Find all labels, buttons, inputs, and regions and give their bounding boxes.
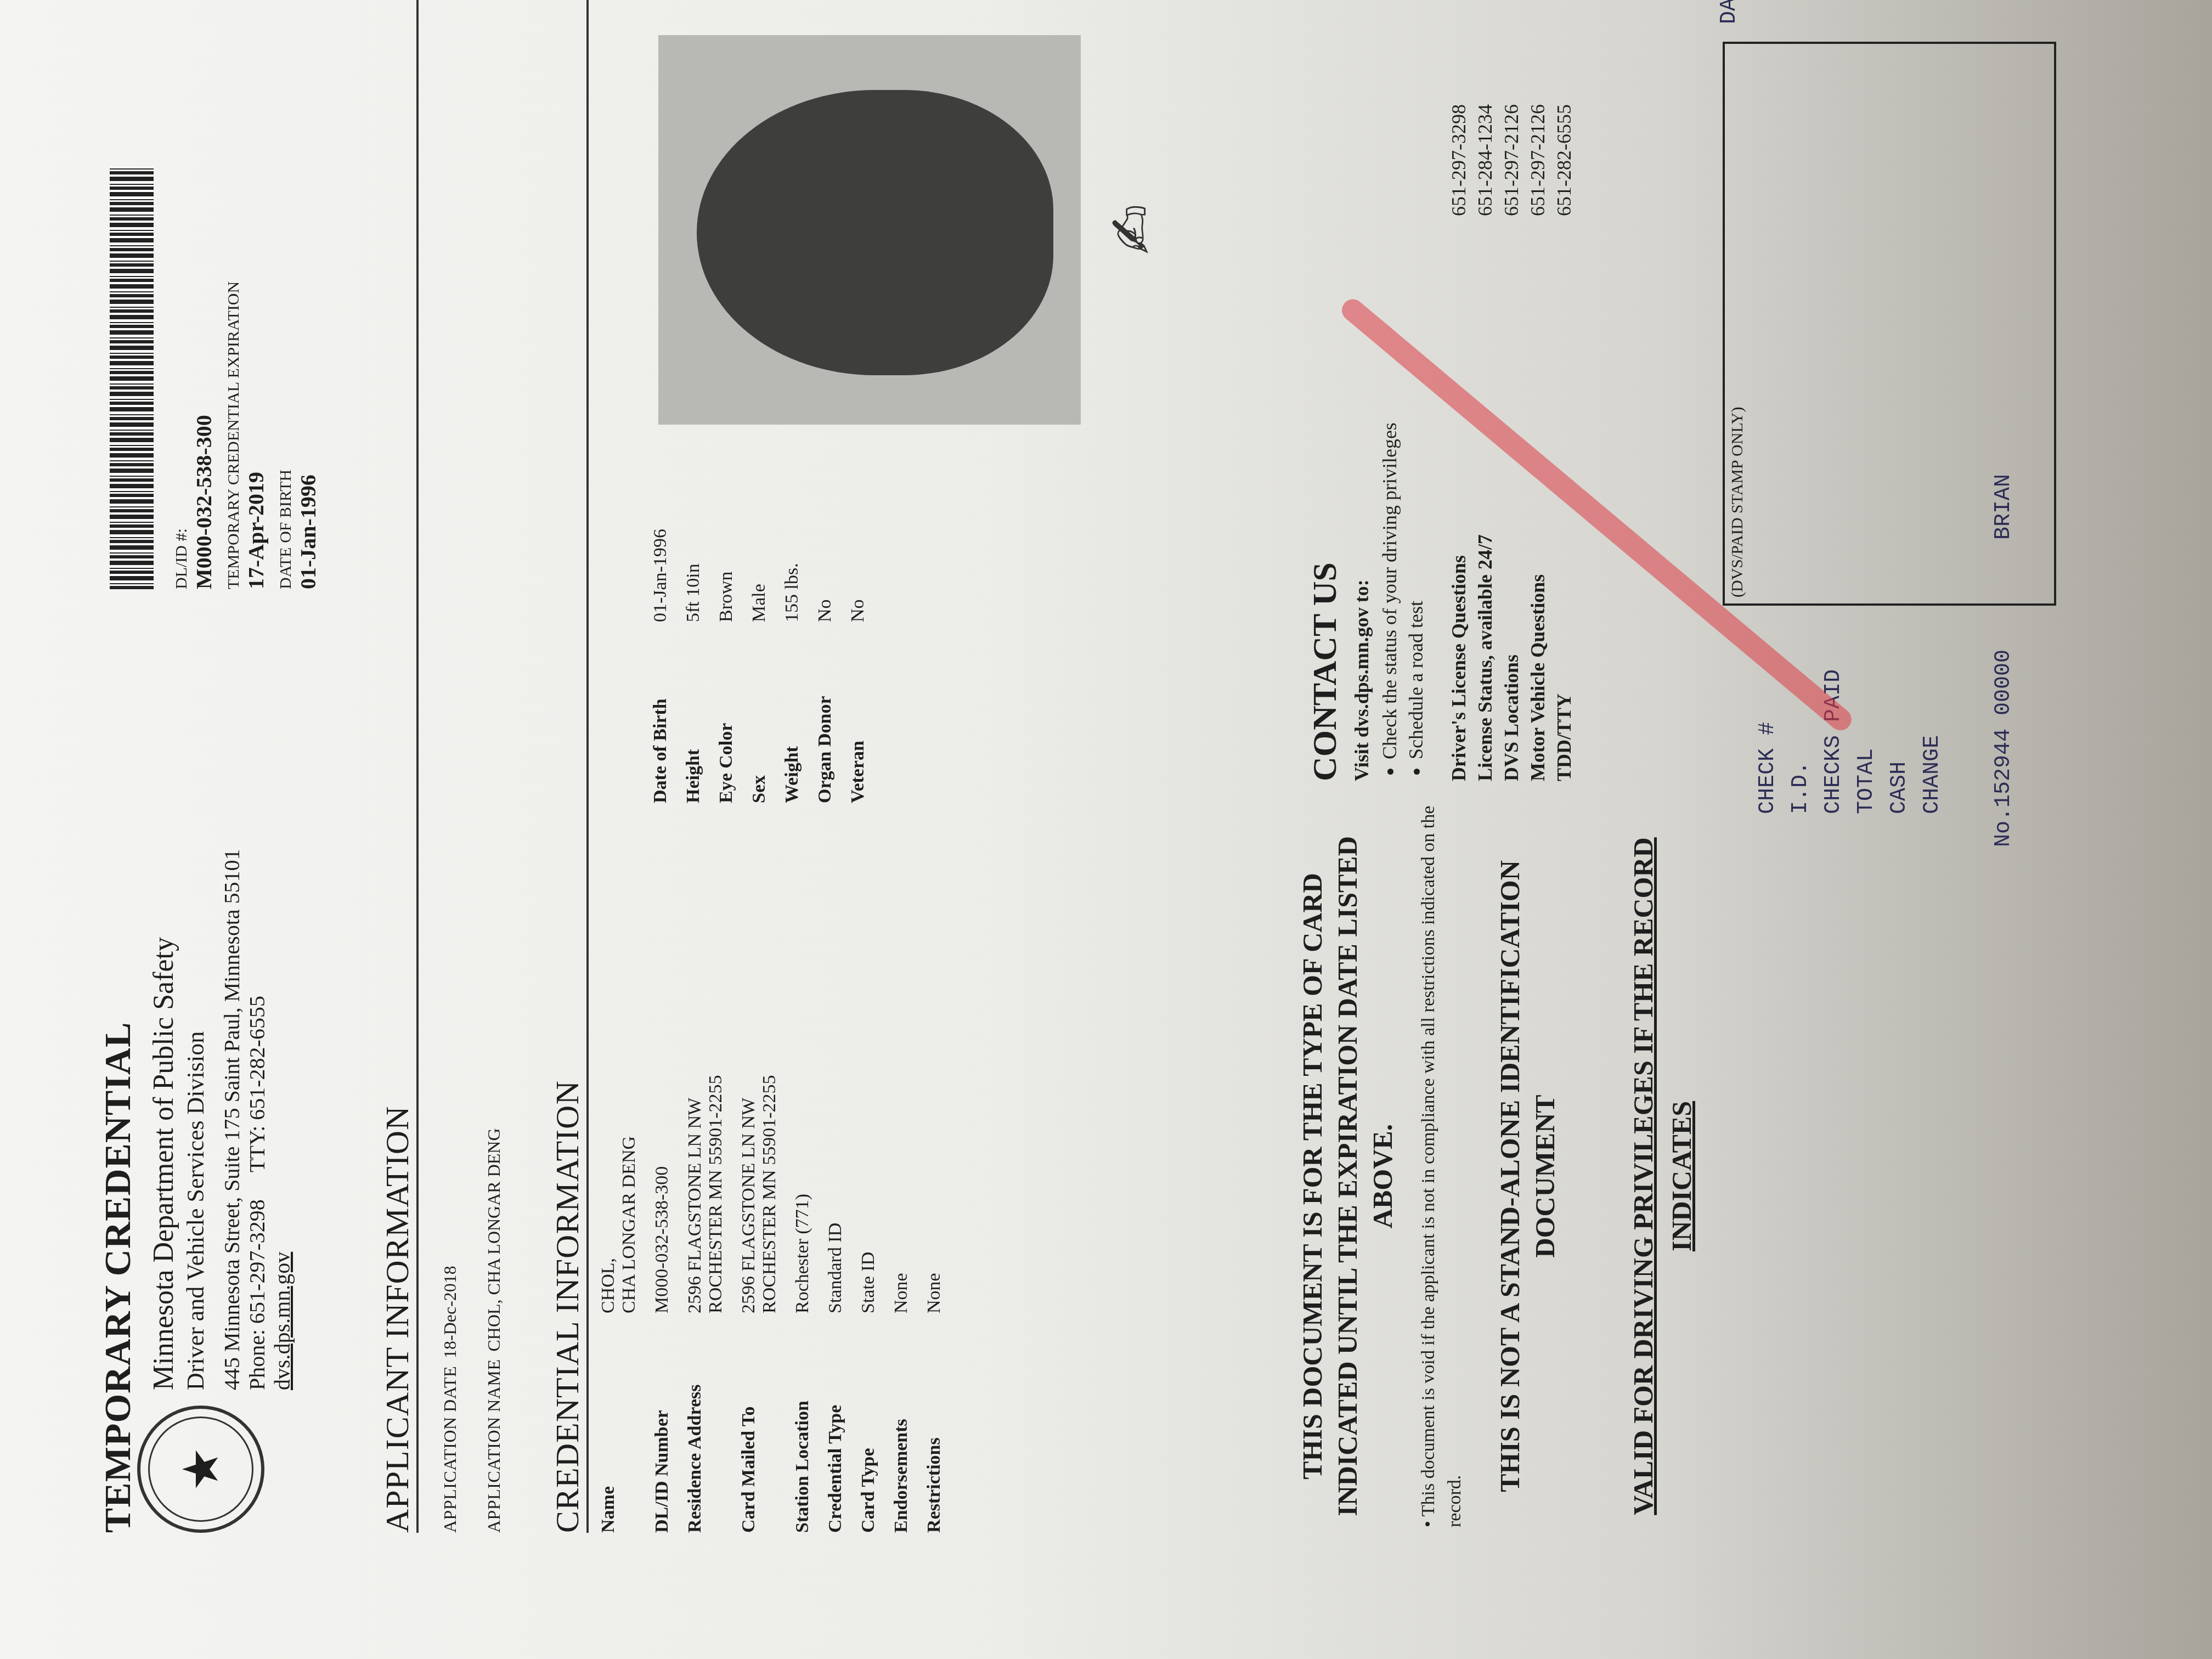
bio-field-label: Height <box>683 622 704 803</box>
credential-field-value: State ID <box>858 1252 879 1313</box>
bio-field-label: Sex <box>749 622 770 803</box>
expiration-label: TEMPORARY CREDENTIAL EXPIRATION <box>224 95 243 589</box>
value-line-1: 2596 FLAGSTONE LN NW <box>738 1075 759 1313</box>
value-line-1: Rochester (771) <box>792 1194 813 1313</box>
credential-field-row: NameCHOL,CHA LONGAR DENG <box>598 1075 640 1533</box>
contact-line: TDD/TTY651-282-6555 <box>1551 13 1577 781</box>
dob-value: 01-Jan-1996 <box>295 95 321 589</box>
bio-field-row: Eye ColorBrown <box>716 529 737 803</box>
bio-field-row: Weight155 lbs. <box>782 529 803 803</box>
value-line-1: M000-032-538-300 <box>652 1166 673 1313</box>
dlid-value: M000-032-538-300 <box>191 95 217 589</box>
value-line-2: CHA LONGAR DENG <box>619 1136 640 1313</box>
credential-field-label: Card Mailed To <box>738 1313 780 1533</box>
tty-label: TTY: <box>245 1126 269 1172</box>
expiration-value: 17-Apr-2019 <box>243 95 269 589</box>
credential-field-label: Card Type <box>858 1313 879 1533</box>
credential-field-label: DL/ID Number <box>652 1313 673 1533</box>
seal-ring <box>148 1417 253 1522</box>
credential-field-label: Station Location <box>792 1313 813 1533</box>
value-line-1: CHOL, <box>598 1136 619 1313</box>
credential-information-section: CREDENTIAL INFORMATION <box>549 0 589 1533</box>
signature: ✍ <box>1097 204 1167 255</box>
contact-line-phone: 651-284-1234 <box>1472 104 1498 216</box>
void-notice-text: This document is void if the applicant i… <box>1418 806 1465 1527</box>
credential-field-row: Credential TypeStandard ID <box>825 1075 846 1533</box>
agency-address: 445 Minnesota Street, Suite 175 Saint Pa… <box>219 849 245 1390</box>
agency-website-link[interactable]: dvs.dps.mn.gov <box>270 1252 295 1390</box>
id-block: DL/ID #: M000-032-538-300 TEMPORARY CRED… <box>165 95 321 589</box>
bio-field-row: Height5ft 10in <box>683 529 704 803</box>
receipt-cash-label: CASH <box>1887 761 1912 814</box>
contact-line-phone: 651-297-3298 <box>1446 104 1472 216</box>
value-line-1: State ID <box>858 1252 879 1313</box>
contact-bullets: Check the status of your driving privile… <box>1376 13 1429 759</box>
receipt-clerk: BRIAN <box>1991 474 2016 540</box>
credential-field-row: Station LocationRochester (771) <box>792 1075 813 1533</box>
application-name-value: CHOL, CHA LONGAR DENG <box>484 1128 504 1351</box>
valid-driving-notice: VALID FOR DRIVING PRIVILEGES IF THE RECO… <box>1624 820 1701 1533</box>
credential-field-label: Name <box>598 1313 640 1533</box>
receipt-date-label: DATE <box>1717 0 1742 24</box>
bio-field-label: Eye Color <box>716 622 737 803</box>
contact-line-label: Driver's License Questions <box>1446 216 1472 781</box>
credential-field-label: Residence Address <box>685 1313 726 1533</box>
bio-field-value: Male <box>749 584 770 622</box>
credential-field-label: Restrictions <box>924 1313 945 1533</box>
value-line-1: None <box>924 1273 945 1313</box>
agency-phones: Phone: 651-297-3298 TTY: 651-282-6555 <box>245 849 270 1390</box>
credential-field-row: DL/ID NumberM000-032-538-300 <box>652 1075 673 1533</box>
application-date-label: APPLICATION DATE <box>440 1366 460 1533</box>
receipt-checks-paid-label: CHECKS PAID <box>1821 669 1846 814</box>
agency-header: Minnesota Department of Public Safety Dr… <box>148 849 295 1390</box>
credential-field-value: 2596 FLAGSTONE LN NWROCHESTER MN 55901-2… <box>685 1075 726 1313</box>
bio-field-value: 01-Jan-1996 <box>650 529 671 622</box>
credential-field-value: CHOL,CHA LONGAR DENG <box>598 1136 640 1313</box>
receipt-total-label: TOTAL <box>1854 748 1879 814</box>
credential-field-value: None <box>891 1273 912 1313</box>
value-line-1: Standard ID <box>825 1223 846 1313</box>
contact-line-label: Motor Vehicle Questions <box>1525 216 1551 781</box>
contact-line: DVS Locations651-297-2126 <box>1498 13 1525 781</box>
credential-field-value: 2596 FLAGSTONE LN NWROCHESTER MN 55901-2… <box>738 1075 780 1313</box>
contact-bullet: Check the status of your driving privile… <box>1376 13 1403 759</box>
value-line-1: None <box>891 1273 912 1313</box>
credential-fields: NameCHOL,CHA LONGAR DENGDL/ID NumberM000… <box>598 1075 957 1533</box>
portrait-silhouette <box>697 90 1053 375</box>
bio-field-row: Organ DonorNo <box>815 529 836 803</box>
type-notice: THIS DOCUMENT IS FOR THE TYPE OF CARD IN… <box>1295 820 1400 1533</box>
bio-field-label: Date of Birth <box>650 622 671 803</box>
bio-field-label: Weight <box>782 622 803 803</box>
bio-field-value: 155 lbs. <box>782 563 803 622</box>
credential-field-value: Rochester (771) <box>792 1194 813 1313</box>
credential-field-value: Standard ID <box>825 1223 846 1313</box>
credential-field-row: Residence Address2596 FLAGSTONE LN NWROC… <box>685 1075 726 1533</box>
credential-field-value: None <box>924 1273 945 1313</box>
state-seal: ★ <box>137 1406 264 1533</box>
phone-number: 651-297-3298 <box>245 1199 269 1324</box>
contact-intro: Visit dvs.dps.mn.gov to: <box>1350 13 1373 781</box>
not-standalone-notice: THIS IS NOT A STAND-ALONE IDENTIFICATION… <box>1492 820 1562 1533</box>
bio-field-label: Organ Donor <box>815 622 836 803</box>
applicant-lines: APPLICATION DATE18-Dec-2018 APPLICATION … <box>428 1128 516 1533</box>
bio-field-value: Brown <box>716 571 737 622</box>
credential-information-heading: CREDENTIAL INFORMATION <box>549 0 586 1533</box>
tty-number: 651-282-6555 <box>245 996 269 1120</box>
credential-field-label: Credential Type <box>825 1313 846 1533</box>
bio-field-label: Veteran <box>848 622 868 803</box>
receipt-id-label: I.D. <box>1788 761 1813 814</box>
value-line-2: ROCHESTER MN 55901-2255 <box>759 1075 780 1313</box>
contact-line-phone: 651-297-2126 <box>1498 104 1525 216</box>
bio-fields: Date of Birth01-Jan-1996Height5ft 10inEy… <box>650 529 881 803</box>
temporary-credential-page: TEMPORARY CREDENTIAL ★ Minnesota Departm… <box>0 0 2212 1659</box>
credential-field-row: Card TypeState ID <box>858 1075 879 1533</box>
void-notice: • This document is void if the applicant… <box>1415 803 1468 1527</box>
contact-line: Motor Vehicle Questions651-297-2126 <box>1525 13 1551 781</box>
application-name-label: APPLICATION NAME <box>484 1359 504 1533</box>
bio-field-row: Date of Birth01-Jan-1996 <box>650 529 671 803</box>
contact-line: License Status, available 24/7651-284-12… <box>1472 13 1498 781</box>
credential-field-row: EndorsementsNone <box>891 1075 912 1533</box>
bio-field-value: No <box>815 599 836 622</box>
agency-division: Driver and Vehicle Services Division <box>180 849 212 1390</box>
contact-line-label: License Status, available 24/7 <box>1472 216 1498 781</box>
receipt-check-label: CHECK # <box>1756 722 1780 814</box>
dlid-label: DL/ID #: <box>172 95 191 589</box>
bio-field-value: 5ft 10in <box>683 563 704 622</box>
divider <box>586 0 589 1533</box>
receipt-change-label: CHANGE <box>1920 735 1945 814</box>
dob-label: DATE OF BIRTH <box>276 95 295 589</box>
applicant-information-heading: APPLICANT INFORMATION <box>379 0 416 1533</box>
contact-bullet: Schedule a road test <box>1403 13 1429 759</box>
contact-line-phone: 651-282-6555 <box>1551 104 1577 216</box>
applicant-information-section: APPLICANT INFORMATION <box>379 0 419 1533</box>
credential-field-row: Card Mailed To2596 FLAGSTONE LN NWROCHES… <box>738 1075 780 1533</box>
bio-field-value: No <box>848 599 868 622</box>
stamp-box-caption: (DVS/PAID STAMP ONLY) <box>1728 407 1747 597</box>
credential-field-label: Endorsements <box>891 1313 912 1533</box>
contact-line-label: DVS Locations <box>1498 216 1525 781</box>
divider <box>416 0 419 1533</box>
credential-field-row: RestrictionsNone <box>924 1075 945 1533</box>
bio-field-row: SexMale <box>749 529 770 803</box>
value-line-2: ROCHESTER MN 55901-2255 <box>706 1075 726 1313</box>
contact-line-phone: 651-297-2126 <box>1525 104 1551 216</box>
application-date-value: 18-Dec-2018 <box>440 1266 460 1358</box>
contact-heading: CONTACT US <box>1306 13 1345 781</box>
value-line-1: 2596 FLAGSTONE LN NW <box>685 1075 706 1313</box>
phone-label: Phone: <box>245 1329 269 1390</box>
credential-field-value: M000-032-538-300 <box>652 1166 673 1313</box>
applicant-photo <box>658 35 1081 425</box>
receipt-number: No.152944 00000 <box>1991 650 2016 847</box>
document-title: TEMPORARY CREDENTIAL <box>96 1022 139 1533</box>
barcode <box>110 167 154 589</box>
agency-name: Minnesota Department of Public Safety <box>148 849 180 1390</box>
bio-field-row: VeteranNo <box>848 529 868 803</box>
